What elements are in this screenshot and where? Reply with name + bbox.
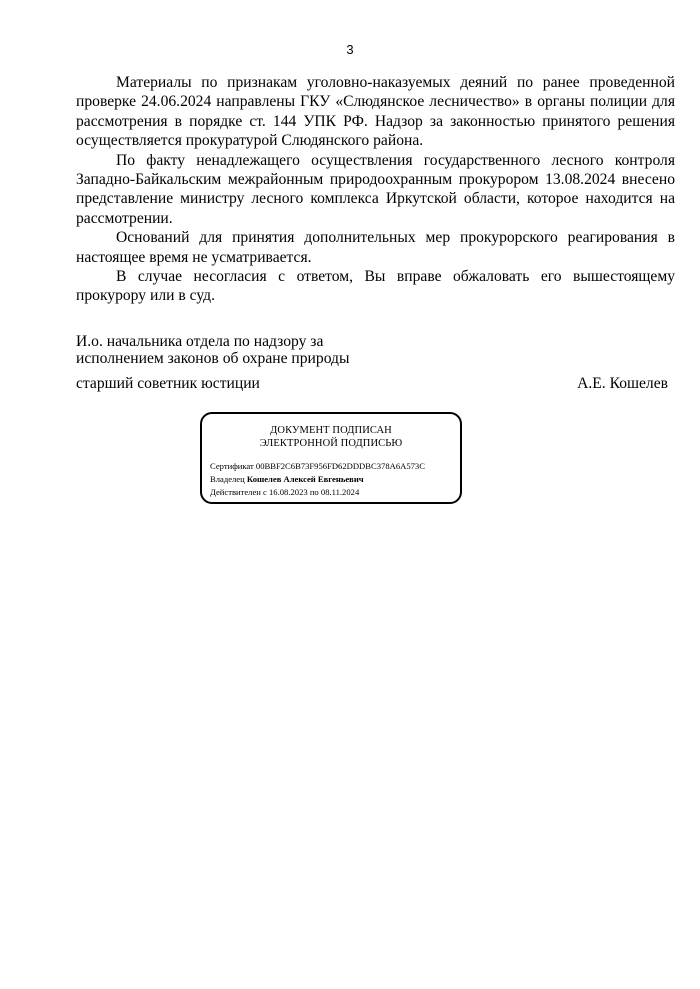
stamp-heading-line2: ЭЛЕКТРОННОЙ ПОДПИСЬЮ xyxy=(202,438,460,451)
signatory-position-line1: И.о. начальника отдела по надзору за xyxy=(76,333,349,350)
valid-to: 08.11.2024 xyxy=(321,487,359,497)
certificate-label: Сертификат xyxy=(210,461,254,471)
stamp-details: Сертификат 00BBF2C6B73F956FD62DDDBC378A6… xyxy=(210,460,425,498)
paragraph-materials: Материалы по признакам уголовно-наказуем… xyxy=(76,73,675,151)
valid-to-label: по xyxy=(310,487,319,497)
stamp-heading: ДОКУМЕНТ ПОДПИСАН ЭЛЕКТРОННОЙ ПОДПИСЬЮ xyxy=(202,425,460,450)
paragraph-no-further-measures: Оснований для принятия дополнительных ме… xyxy=(76,228,675,267)
owner-label: Владелец xyxy=(210,474,245,484)
stamp-validity-row: Действителен с 16.08.2023 по 08.11.2024 xyxy=(210,486,425,499)
electronic-signature-stamp: ДОКУМЕНТ ПОДПИСАН ЭЛЕКТРОННОЙ ПОДПИСЬЮ С… xyxy=(200,412,462,504)
valid-from: 16.08.2023 xyxy=(269,487,308,497)
signatory-position-line2: исполнением законов об охране природы xyxy=(76,350,349,367)
page-number: 3 xyxy=(0,42,700,57)
signatory-position: И.о. начальника отдела по надзору за исп… xyxy=(76,333,349,367)
paragraph-forest-control: По факту ненадлежащего осуществления гос… xyxy=(76,151,675,229)
stamp-heading-line1: ДОКУМЕНТ ПОДПИСАН xyxy=(202,425,460,438)
signatory-rank: старший советник юстиции xyxy=(76,375,260,392)
owner-value: Кошелев Алексей Евгеньевич xyxy=(247,474,364,484)
paragraph-appeal-rights: В случае несогласия с ответом, Вы вправе… xyxy=(76,267,675,306)
valid-label: Действителен с xyxy=(210,487,267,497)
stamp-owner-row: Владелец Кошелев Алексей Евгеньевич xyxy=(210,473,425,486)
stamp-certificate-row: Сертификат 00BBF2C6B73F956FD62DDDBC378A6… xyxy=(210,460,425,473)
certificate-value: 00BBF2C6B73F956FD62DDDBC378A6A573C xyxy=(256,461,425,471)
letter-body: Материалы по признакам уголовно-наказуем… xyxy=(76,73,675,306)
signatory-name: А.Е. Кошелев xyxy=(577,375,668,392)
